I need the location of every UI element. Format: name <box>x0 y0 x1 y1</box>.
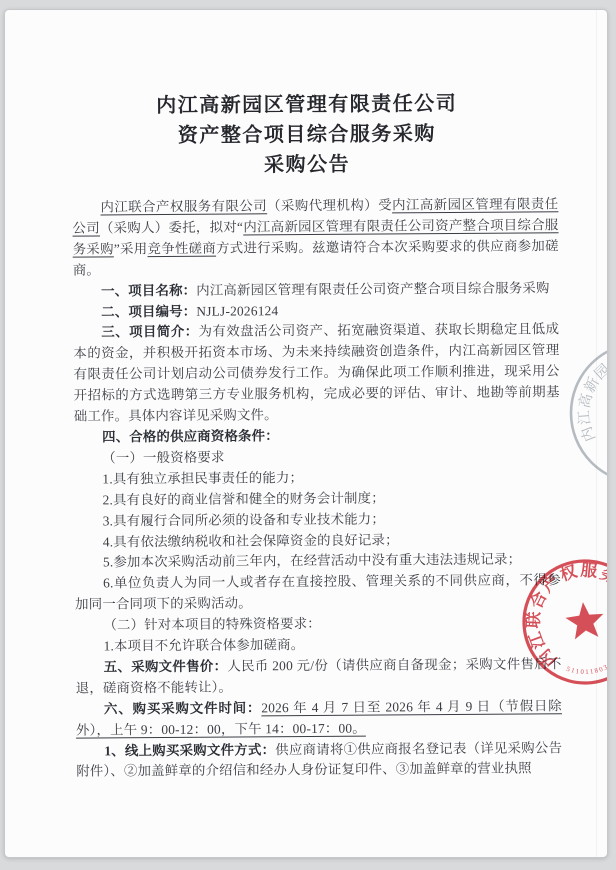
title-line-1: 内江高新园区管理有限责任公司 <box>60 88 554 121</box>
paragraph-text: ”采用 <box>114 241 148 256</box>
scan-fold-line <box>596 10 597 857</box>
document-title: 内江高新园区管理有限责任公司 资产整合项目综合服务采购 采购公告 <box>60 88 555 181</box>
document-body: 内江联合产权服务有限公司（采购代理机构）受内江高新园区管理有限责任公司（采购人）… <box>72 194 562 783</box>
paragraph-heading-text: 五、采购文件售价： <box>104 659 228 675</box>
document-content: 内江高新园区管理有限责任公司 资产整合项目综合服务采购 采购公告 内江联合产权服… <box>5 9 608 783</box>
paragraph-text: 1.具有独立承担民事责任的能力； <box>102 470 303 486</box>
paragraph-text: 1.本项目不允许联合体参加磋商。 <box>104 637 305 653</box>
paragraph-text: 内江联合产权服务有限公司 <box>100 198 267 214</box>
paragraph: 6.单位负责人为同一人或者存在直接控股、管理关系的不同供应商，不得参加同一合同项… <box>75 571 561 616</box>
paragraph-text: 竞争性磋商 <box>147 240 216 255</box>
paragraph-heading-text: 六、购买采购文件时间： <box>104 700 261 716</box>
paragraph: 1、线上购买采购文件方式：供应商请将①供应商报名登记表（详见采购公告附件）、②加… <box>76 738 562 783</box>
title-line-2: 资产整合项目综合服务采购 <box>60 118 554 151</box>
paragraph-heading-text: 1、线上购买采购文件方式： <box>104 742 275 758</box>
paragraph-text: （采购人）委托，拟对“ <box>100 219 243 235</box>
scan-backdrop: 内江高新园区管理有限责任公司 资产整合项目综合服务采购 采购公告 内江联合产权服… <box>0 0 616 870</box>
paragraph-text: 内江高新园区管理有限责任公司资产整合项目综合服务采购 <box>196 280 549 297</box>
paragraph-text: 6.单位负责人为同一人或者存在直接控股、管理关系的不同供应商，不得参加同一合同项… <box>75 573 561 612</box>
document-page: 内江高新园区管理有限责任公司 资产整合项目综合服务采购 采购公告 内江联合产权服… <box>4 9 608 858</box>
title-line-3: 采购公告 <box>60 148 554 181</box>
paragraph-text: NJLJ-2026124 <box>196 303 278 319</box>
paragraph-text: 4.具有依法缴纳税收和社会保障资金的良好记录； <box>103 532 399 549</box>
paragraph-heading-text: 三、项目简介： <box>101 324 198 340</box>
paragraph-text: （二）针对本项目的特殊资格要求： <box>103 616 321 633</box>
paragraph-heading-text: 二、项目编号： <box>101 303 196 319</box>
paragraph-heading-text: 四、合格的供应商资格条件： <box>102 428 279 444</box>
paragraph-text: 5.参加本次采购活动前三年内，在经营活动中没有重大违法违规记录； <box>103 552 521 570</box>
paragraph: 五、采购文件售价：人民币 200 元/份（请供应商自备现金；采购文件售后不退，磋… <box>76 654 562 699</box>
paragraph-heading-text: 一、项目名称： <box>101 282 196 298</box>
paragraph: 六、购买采购文件时间：2026 年 4 月 7 日至 2026 年 4 月 9 … <box>76 696 562 741</box>
paragraph-text: （采购代理机构）受 <box>267 197 392 213</box>
paragraph-text: （一）一般资格要求 <box>102 449 224 465</box>
paragraph-text: 3.具有履行合同所必须的设备和专业技术能力； <box>103 511 385 528</box>
paragraph-text: 2.具有良好的商业信誉和健全的财务会计制度； <box>102 490 384 507</box>
paragraph: 内江联合产权服务有限公司（采购代理机构）受内江高新园区管理有限责任公司（采购人）… <box>72 194 559 281</box>
paragraph: 一、项目名称：内江高新园区管理有限责任公司资产整合项目综合服务采购 <box>73 278 559 302</box>
paragraph: 三、项目简介：为有效盘活公司资产、拓宽融资渠道、获取长期稳定且低成本的资金，并积… <box>73 320 560 428</box>
